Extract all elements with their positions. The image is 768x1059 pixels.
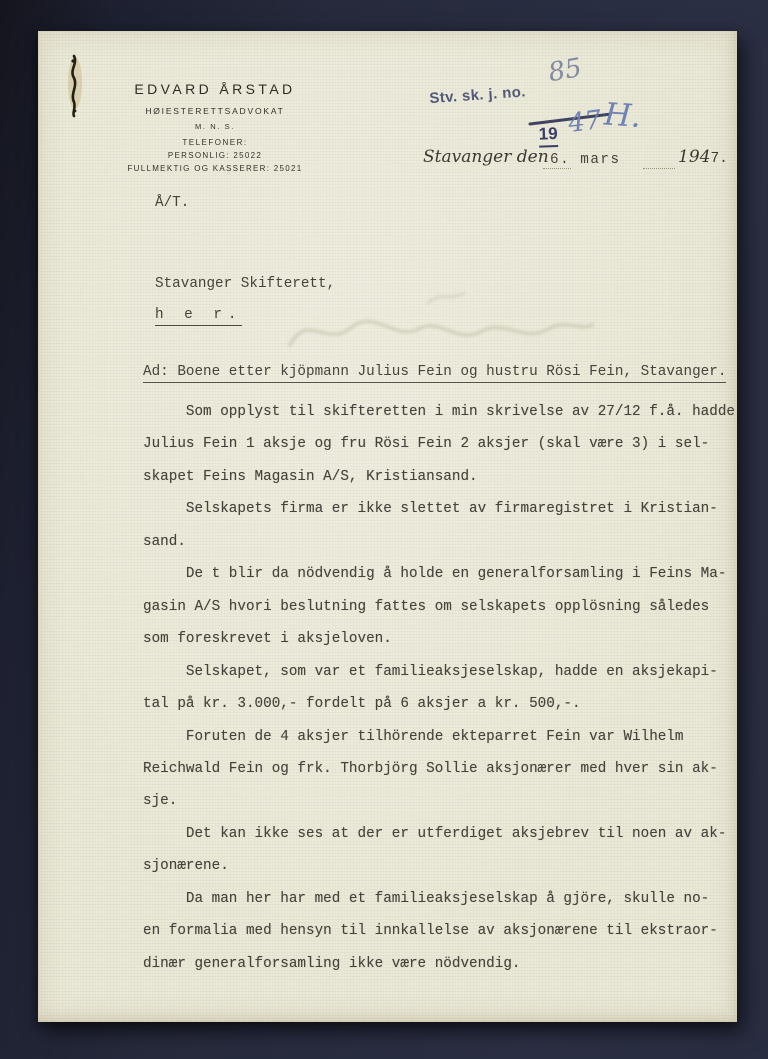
letter-page: EDVARD ÅRSTAD HØIESTERETTSADVOKAT M. N. … [38,31,737,1022]
letterhead-phone-clerk: FULLMEKTIG OG KASSERER: 25021 [90,164,340,173]
body-line: skapet Feins Magasin A/S, Kristiansand. [143,461,735,493]
body-line: tal på kr. 3.000,- fordelt på 6 aksjer a… [143,688,735,720]
body-line: Da man her har med et familieaksjeselska… [143,883,735,915]
ink-blot-mark [64,53,86,119]
journal-year-handwritten: 47 [567,105,604,139]
dotted-leader [543,168,571,169]
dateline-date: 6. mars [550,152,621,168]
body-line: gasin A/S hvori beslutning fattes om sel… [143,591,735,623]
dateline-year-typed: 7. [710,151,727,167]
clerk-initials: H. [603,96,642,134]
body-line: Selskapets firma er ikke slettet av firm… [143,493,735,525]
dateline-year: 1947. [678,147,728,167]
letterhead: EDVARD ÅRSTAD HØIESTERETTSADVOKAT M. N. … [90,81,340,177]
letterhead-phones-label: TELEFONER: [90,138,340,147]
letterhead-membership: M. N. S. [90,122,340,131]
dotted-leader [643,168,675,169]
body-line: en formalia med hensyn til innkallelse a… [143,915,735,947]
letterhead-name: EDVARD ÅRSTAD [90,81,340,97]
recipient-name: Stavanger Skifterett, [155,276,335,292]
body-line: Selskapet, som var et familieaksjeselska… [143,656,735,688]
letterhead-title: HØIESTERETTSADVOKAT [90,106,340,116]
letter-body: Som opplyst til skifteretten i min skriv… [143,396,735,980]
reference-line: Å/T. [155,195,189,211]
body-line: sje. [143,785,735,817]
dateline-year-printed: 194 [678,147,710,167]
body-line: Reichwald Fein og frk. Thorbjörg Sollie … [143,753,735,785]
body-line: dinær generalforsamling ikke være nödven… [143,948,735,980]
body-line: Som opplyst til skifteretten i min skriv… [143,396,735,428]
journal-stamp-label: Stv. sk. j. no. [429,83,527,107]
journal-number-handwritten: 85 [546,53,584,88]
body-line: De t blir da nödvendig å holde en genera… [143,558,735,590]
letterhead-phone-personal: PERSONLIG: 25022 [90,151,340,160]
body-line: som foreskrevet i aksjeloven. [143,623,735,655]
subject-line: Ad: Boene etter kjöpmann Julius Fein og … [143,364,726,383]
journal-year-printed: 19 [538,124,558,148]
body-line: sand. [143,526,735,558]
body-line: Det kan ikke ses at der er utferdiget ak… [143,818,735,850]
dateline-place: Stavanger den [423,147,549,167]
body-line: sjonærene. [143,850,735,882]
recipient-location: h e r. [155,307,242,326]
body-line: Julius Fein 1 aksje og fru Rösi Fein 2 a… [143,428,735,460]
body-line: Foruten de 4 aksjer tilhörende ekteparre… [143,721,735,753]
